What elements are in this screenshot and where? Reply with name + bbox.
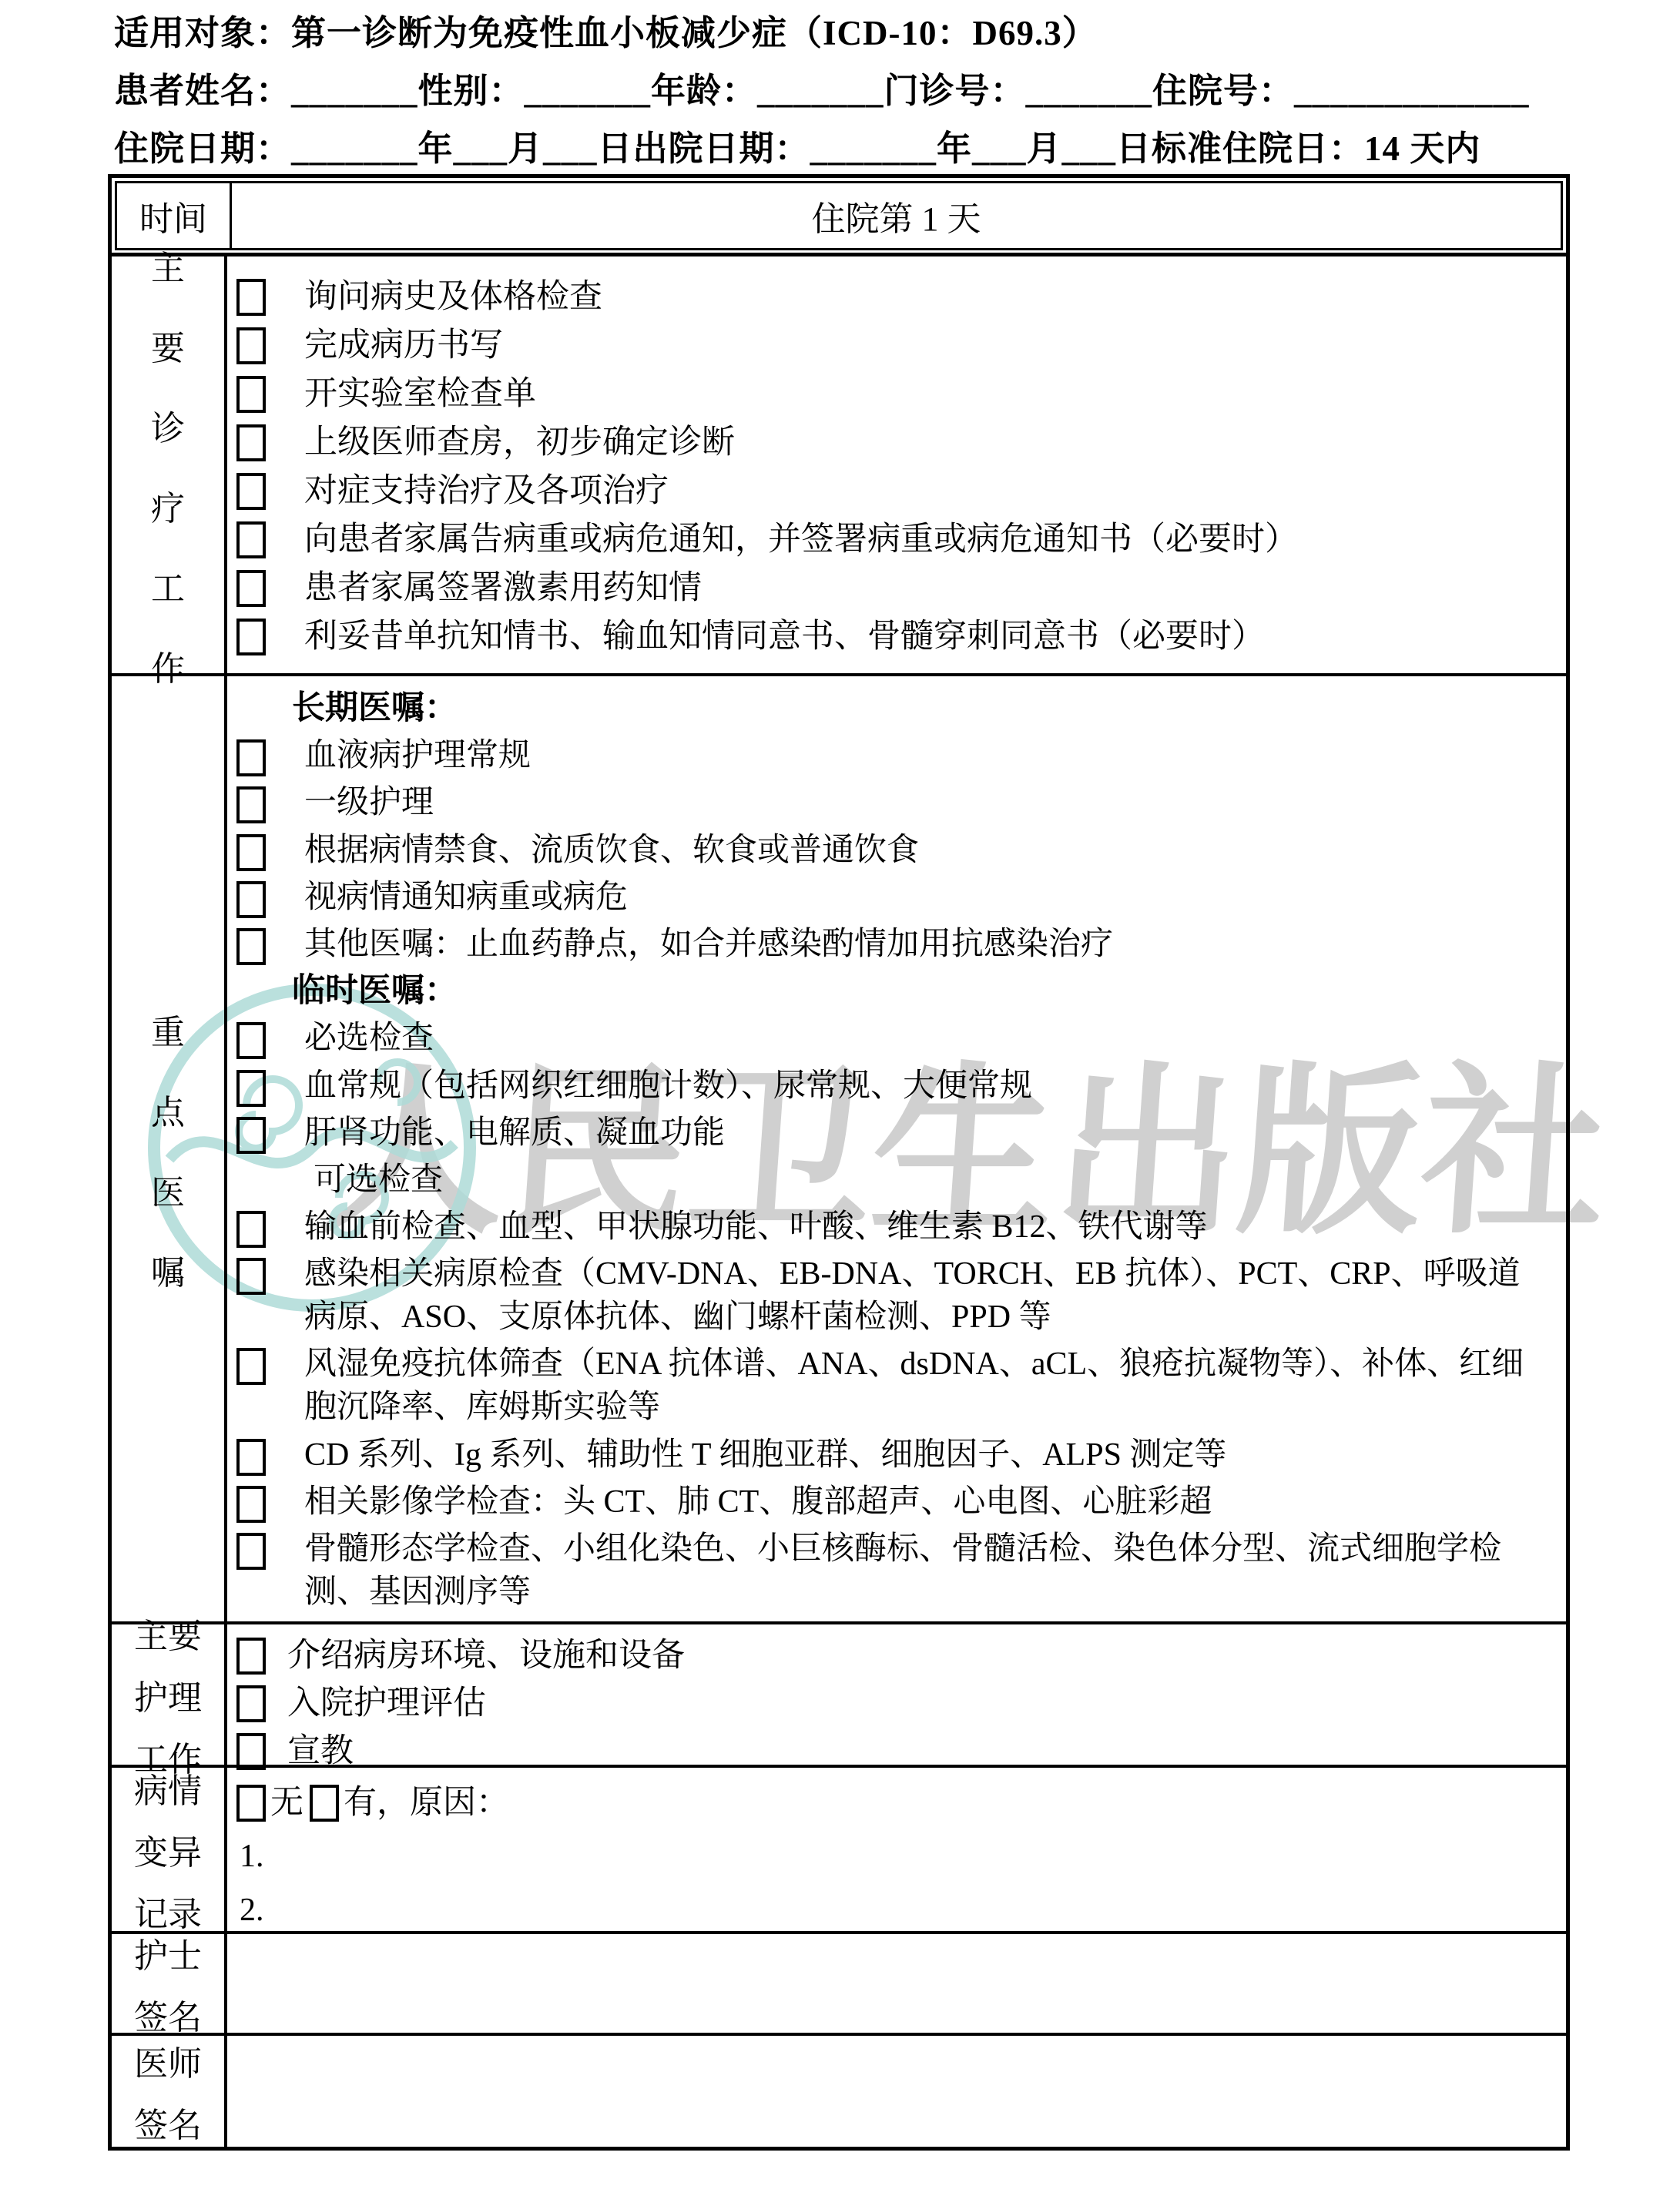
checkbox-icon[interactable] bbox=[236, 1070, 266, 1107]
checkbox-icon[interactable] bbox=[236, 424, 266, 461]
checklist-item: 感染相关病原检查（CMV-DNA、EB-DNA、TORCH、EB 抗体）、PCT… bbox=[236, 1252, 1552, 1339]
checklist-item: 血常规（包括网织红细胞计数）、尿常规、大便常规 bbox=[236, 1064, 1552, 1108]
section-content-main-nursing: 介绍病房环境、设施和设备 入院护理评估 宣教 bbox=[227, 1624, 1566, 1765]
checklist-item: 完成病历书写 bbox=[236, 322, 1552, 370]
section-label-doctor-signature: 医师 签名 bbox=[112, 2036, 227, 2147]
checkbox-icon[interactable] bbox=[236, 570, 266, 607]
checkbox-icon[interactable] bbox=[236, 928, 266, 965]
section-label-main-nursing: 主要 护理 工作 bbox=[112, 1624, 227, 1765]
checklist-item: 患者家属签署激素用药知情 bbox=[236, 565, 1552, 612]
variation-reason-line-1: 1. bbox=[240, 1834, 1552, 1879]
checkbox-icon[interactable] bbox=[236, 1486, 266, 1523]
checklist-item: 输血前检查、血型、甲状腺功能、叶酸、维生素 B12、铁代谢等 bbox=[236, 1205, 1552, 1249]
checkbox-icon[interactable] bbox=[236, 1258, 266, 1295]
nurse-signature-field[interactable] bbox=[227, 1934, 1566, 2033]
table-header-row: 时间 住院第 1 天 bbox=[112, 178, 1566, 256]
checklist-item: 介绍病房环境、设施和设备 bbox=[236, 1632, 1552, 1680]
checkbox-icon[interactable] bbox=[236, 619, 266, 655]
doc-header-line-applicable: 适用对象：第一诊断为免疫性血小板减少症（ICD-10：D69.3） bbox=[114, 5, 1530, 62]
orders-heading-longterm: 长期医嘱： bbox=[292, 687, 1552, 730]
section-key-orders: 重 点 医 嘱 长期医嘱： 血液病护理常规 一级护理 根据病情禁食、流质饮食、软… bbox=[112, 676, 1566, 1624]
section-label-nurse-signature: 护士 签名 bbox=[112, 1934, 227, 2033]
checklist-item: 必选检查 bbox=[236, 1017, 1552, 1060]
section-content-variation-record: 无 有，原因： 1. 2. bbox=[227, 1768, 1566, 1931]
checkbox-icon[interactable] bbox=[236, 1439, 266, 1476]
section-content-key-orders: 长期医嘱： 血液病护理常规 一级护理 根据病情禁食、流质饮食、软食或普通饮食 视… bbox=[227, 676, 1566, 1621]
checkbox-icon[interactable] bbox=[236, 786, 266, 823]
variation-choice-row: 无 有，原因： bbox=[235, 1782, 1552, 1825]
section-doctor-signature: 医师 签名 bbox=[112, 2036, 1566, 2147]
checkbox-icon-yes[interactable] bbox=[310, 1785, 339, 1822]
section-nurse-signature: 护士 签名 bbox=[112, 1934, 1566, 2036]
section-main-nursing: 主要 护理 工作 介绍病房环境、设施和设备 入院护理评估 宣教 bbox=[112, 1624, 1566, 1768]
checklist-item: 骨髓形态学检查、小组化染色、小巨核酶标、骨髓活检、染色体分型、流式细胞学检测、基… bbox=[236, 1527, 1552, 1614]
column-header-day1: 住院第 1 天 bbox=[232, 183, 1561, 248]
checkbox-icon[interactable] bbox=[236, 881, 266, 918]
orders-subheading-optional: 可选检查 bbox=[314, 1158, 1552, 1202]
checkbox-icon[interactable] bbox=[236, 1117, 266, 1154]
section-label-main-treatment: 主 要 诊 疗 工 作 bbox=[112, 256, 227, 673]
variation-reason-line-2: 2. bbox=[240, 1888, 1552, 1933]
checklist-item: 视病情通知病重或病危 bbox=[236, 876, 1552, 919]
checkbox-icon[interactable] bbox=[236, 279, 266, 316]
doc-header-line-patient: 患者姓名：_______性别：_______年龄：_______门诊号：____… bbox=[114, 62, 1530, 120]
section-main-treatment: 主 要 诊 疗 工 作 询问病史及体格检查 完成病历书写 开实验室检查单 上级医… bbox=[112, 256, 1566, 676]
column-header-time: 时间 bbox=[117, 183, 232, 248]
checklist-item: 上级医师查房，初步确定诊断 bbox=[236, 419, 1552, 467]
checklist-item: 入院护理评估 bbox=[236, 1680, 1552, 1728]
checklist-item: 向患者家属告病重或病危通知，并签署病重或病危通知书（必要时） bbox=[236, 516, 1552, 564]
section-label-variation-record: 病情 变异 记录 bbox=[112, 1768, 227, 1931]
checklist-item: 相关影像学检查：头 CT、肺 CT、腹部超声、心电图、心脏彩超 bbox=[236, 1480, 1552, 1524]
doctor-signature-field[interactable] bbox=[227, 2036, 1566, 2147]
checkbox-icon[interactable] bbox=[236, 1685, 266, 1722]
checklist-item: 对症支持治疗及各项治疗 bbox=[236, 468, 1552, 515]
checklist-item: 利妥昔单抗知情书、输血知情同意书、骨髓穿刺同意书（必要时） bbox=[236, 613, 1552, 661]
checklist-item: 一级护理 bbox=[236, 781, 1552, 824]
checkbox-icon[interactable] bbox=[236, 1022, 266, 1059]
checkbox-icon[interactable] bbox=[236, 376, 266, 413]
checkbox-icon[interactable] bbox=[236, 739, 266, 776]
orders-heading-temporary: 临时医嘱： bbox=[292, 970, 1552, 1013]
section-variation-record: 病情 变异 记录 无 有，原因： 1. 2. bbox=[112, 1768, 1566, 1934]
clinical-pathway-table: 时间 住院第 1 天 主 要 诊 疗 工 作 询问病史及体格检查 完成病历书写 … bbox=[108, 174, 1570, 2151]
checklist-item: 开实验室检查单 bbox=[236, 370, 1552, 418]
checklist-item: CD 系列、Ig 系列、辅助性 T 细胞亚群、细胞因子、ALPS 测定等 bbox=[236, 1433, 1552, 1477]
checkbox-icon[interactable] bbox=[236, 1533, 266, 1570]
checklist-item: 询问病史及体格检查 bbox=[236, 273, 1552, 321]
checklist-item: 风湿免疫抗体筛查（ENA 抗体谱、ANA、dsDNA、aCL、狼疮抗凝物等）、补… bbox=[236, 1343, 1552, 1429]
doc-header-line-dates: 住院日期：_______年___月___日出院日期：_______年___月__… bbox=[114, 120, 1530, 178]
checklist-item: 血液病护理常规 bbox=[236, 734, 1552, 777]
scanned-clinical-pathway-page: 人民卫生出版社 适用对象：第一诊断为免疫性血小板减少症（ICD-10：D69.3… bbox=[0, 0, 1680, 2196]
section-label-key-orders: 重 点 医 嘱 bbox=[112, 676, 227, 1621]
checklist-item: 肝肾功能、电解质、凝血功能 bbox=[236, 1111, 1552, 1155]
checklist-item: 根据病情禁食、流质饮食、软食或普通饮食 bbox=[236, 829, 1552, 872]
checkbox-icon[interactable] bbox=[236, 521, 266, 558]
doc-header: 适用对象：第一诊断为免疫性血小板减少症（ICD-10：D69.3） 患者姓名：_… bbox=[114, 5, 1530, 178]
checkbox-icon[interactable] bbox=[236, 834, 266, 871]
checkbox-icon[interactable] bbox=[236, 1211, 266, 1248]
checkbox-icon[interactable] bbox=[236, 1348, 266, 1385]
checkbox-icon[interactable] bbox=[236, 1733, 266, 1770]
checkbox-icon[interactable] bbox=[236, 1638, 266, 1675]
checklist-item: 其他医嘱：止血药静点，如合并感染酌情加用抗感染治疗 bbox=[236, 923, 1552, 966]
checkbox-icon-no[interactable] bbox=[236, 1785, 266, 1822]
checkbox-icon[interactable] bbox=[236, 327, 266, 364]
checkbox-icon[interactable] bbox=[236, 473, 266, 510]
section-content-main-treatment: 询问病史及体格检查 完成病历书写 开实验室检查单 上级医师查房，初步确定诊断 对… bbox=[227, 256, 1566, 673]
